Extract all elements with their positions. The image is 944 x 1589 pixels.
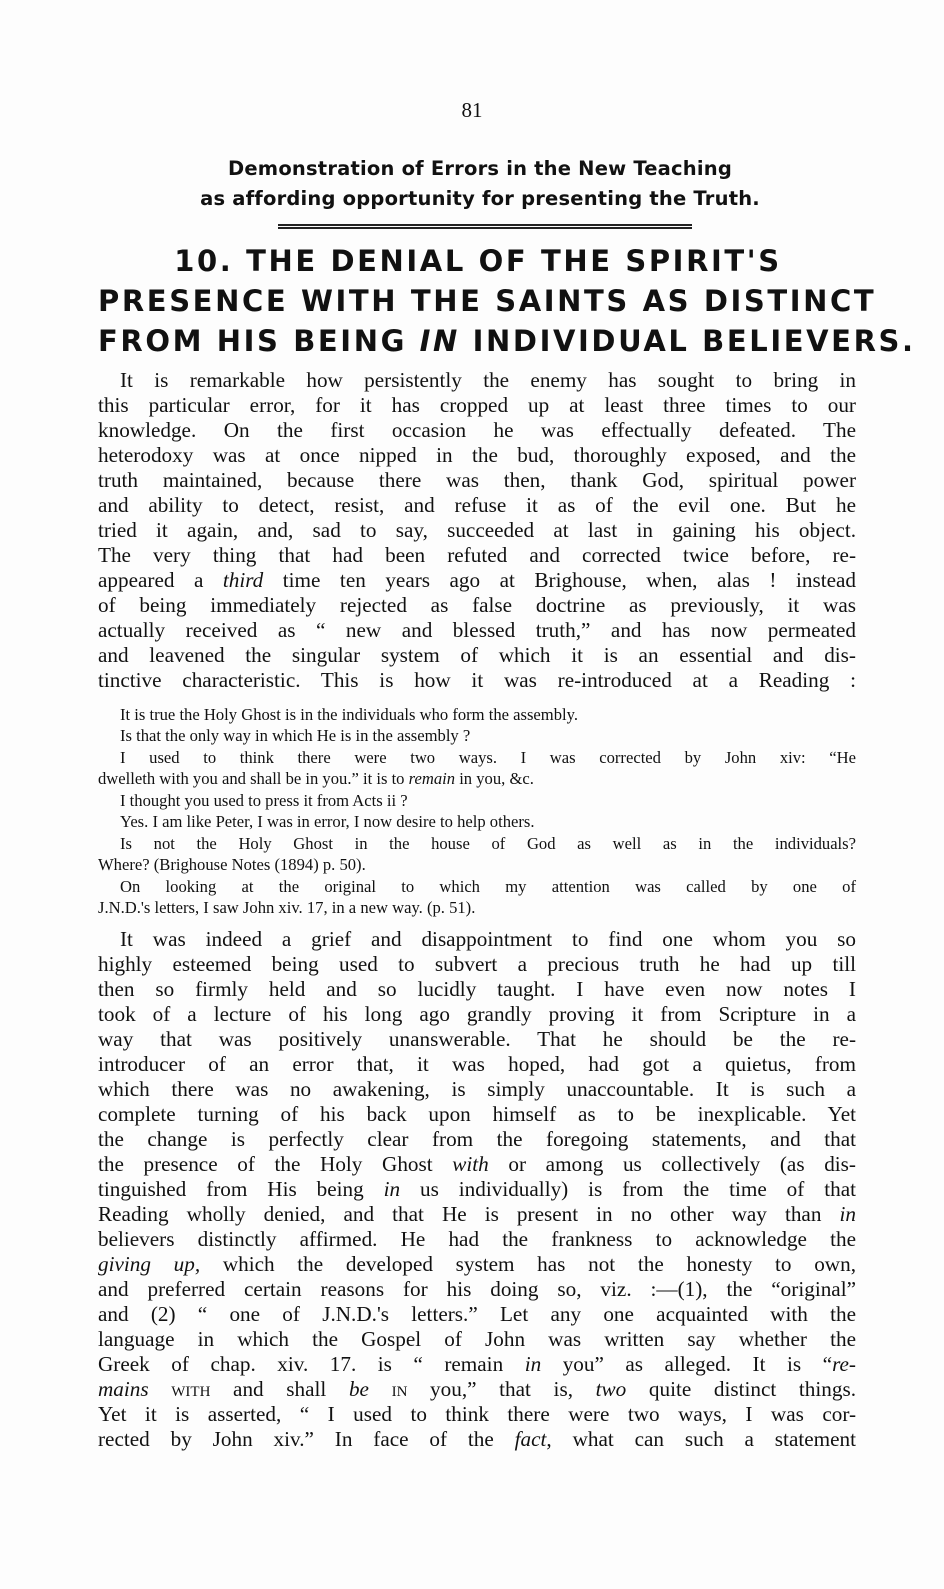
chapter-heading-line-2: PRESENCE WITH THE SAINTS AS DISTINCT (98, 284, 858, 318)
text-line: heterodoxy was at once nipped in the bud… (98, 443, 856, 468)
text-line: complete turning of his back upon himsel… (98, 1102, 856, 1127)
text-line: It was indeed a grief and disappointment… (98, 927, 856, 952)
text-line: the presence of the Holy Ghost with or a… (98, 1152, 856, 1177)
text-line: actually received as “ new and blessed t… (98, 618, 856, 643)
text-line: giving up, which the developed system ha… (98, 1252, 856, 1277)
section-subheading-line-1: Demonstration of Errors in the New Teach… (100, 157, 860, 180)
text-line: truth maintained, because there was then… (98, 468, 856, 493)
text-line: this particular error, for it has croppe… (98, 393, 856, 418)
quote-line: I thought you used to press it from Acts… (98, 791, 856, 811)
quote-line: Where? (Brighouse Notes (1894) p. 50). (98, 855, 856, 875)
text-line: of being immediately rejected as false d… (98, 593, 856, 618)
text-line: Yet it is asserted, “ I used to think th… (98, 1402, 856, 1427)
quote-line: J.N.D.'s letters, I saw John xiv. 17, in… (98, 898, 856, 918)
text-line: the change is perfectly clear from the f… (98, 1127, 856, 1152)
text-line: introducer of an error that, it was hope… (98, 1052, 856, 1077)
text-line: The very thing that had been refuted and… (98, 543, 856, 568)
text-line: then so firmly held and so lucidly taugh… (98, 977, 856, 1002)
quote-line: It is true the Holy Ghost is in the indi… (98, 705, 856, 725)
text-line: language in which the Gospel of John was… (98, 1327, 856, 1352)
chapter-heading-line-1: 10. THE DENIAL OF THE SPIRIT'S (98, 244, 858, 278)
text-line: and (2) “ one of J.N.D.'s letters.” Let … (98, 1302, 856, 1327)
quote-line: Yes. I am like Peter, I was in error, I … (98, 812, 856, 832)
text-line: appeared a third time ten years ago at B… (98, 568, 856, 593)
text-line: It is remarkable how persistently the en… (98, 368, 856, 393)
quote-line: On looking at the original to which my a… (98, 877, 856, 897)
text-line: knowledge. On the first occasion he was … (98, 418, 856, 443)
chapter-heading-line-3: FROM HIS BEING IN INDIVIDUAL BELIEVERS. (98, 324, 858, 358)
text-line: mains with and shall be in you,” that is… (98, 1377, 856, 1402)
text-line: Greek of chap. xiv. 17. is “ remain in y… (98, 1352, 856, 1377)
text-line: tinguished from His being in us individu… (98, 1177, 856, 1202)
text-line: took of a lecture of his long ago grandl… (98, 1002, 856, 1027)
page-number: 81 (0, 98, 944, 123)
quote-line: Is that the only way in which He is in t… (98, 726, 856, 746)
text-line: highly esteemed being used to subvert a … (98, 952, 856, 977)
text-line: Reading wholly denied, and that He is pr… (98, 1202, 856, 1227)
text-line: and leavened the singular system of whic… (98, 643, 856, 668)
text-line: which there was no awakening, is simply … (98, 1077, 856, 1102)
text-line: and ability to detect, resist, and refus… (98, 493, 856, 518)
quote-line: dwelleth with you and shall be in you.” … (98, 769, 856, 789)
text-line: rected by John xiv.” In face of the fact… (98, 1427, 856, 1452)
document-page: 81 Demonstration of Errors in the New Te… (0, 0, 944, 1589)
text-line: tinctive characteristic. This is how it … (98, 668, 856, 693)
text-line: way that was positively unanswerable. Th… (98, 1027, 856, 1052)
quote-line: I used to think there were two ways. I w… (98, 748, 856, 768)
text-line: tried it again, and, sad to say, succeed… (98, 518, 856, 543)
double-rule-divider (278, 224, 692, 229)
section-subheading-line-2: as affording opportunity for presenting … (100, 187, 860, 210)
text-line: believers distinctly affirmed. He had th… (98, 1227, 856, 1252)
quote-line: Is not the Holy Ghost in the house of Go… (98, 834, 856, 854)
text-line: and preferred certain reasons for his do… (98, 1277, 856, 1302)
